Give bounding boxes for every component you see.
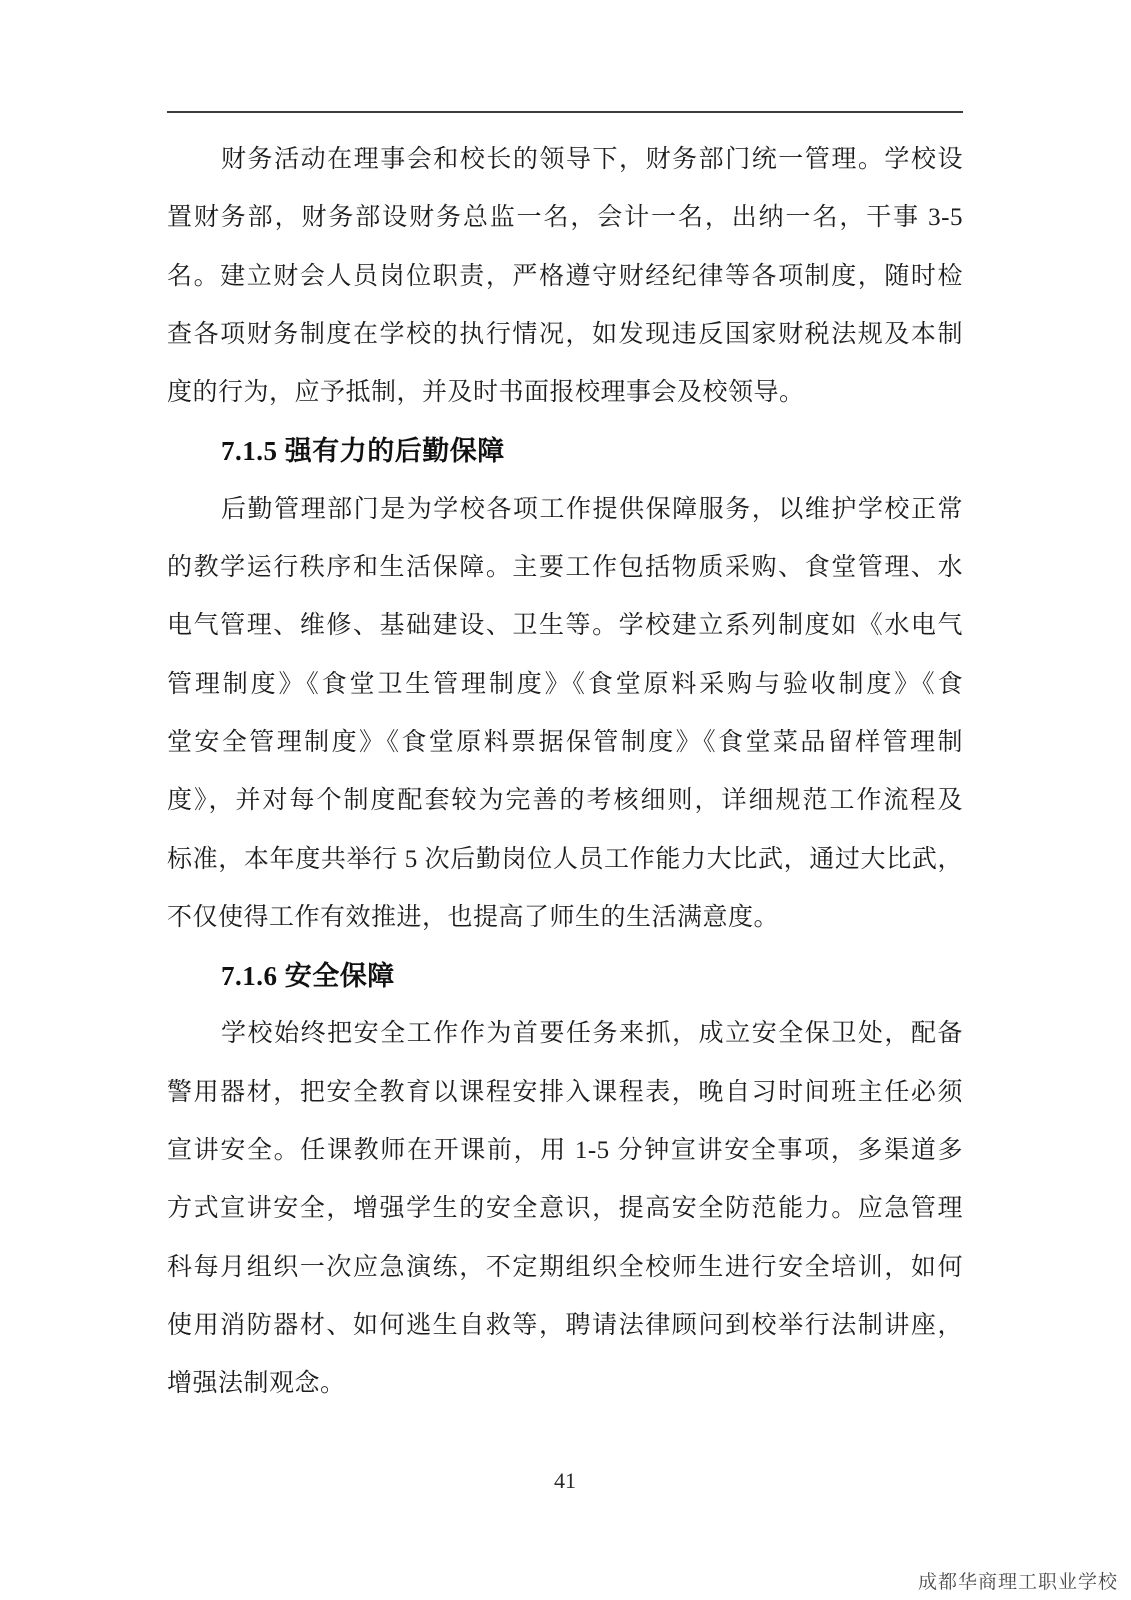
body-line: 管理制度》《食堂卫生管理制度》《食堂原料采购与验收制度》《食	[167, 656, 963, 714]
page-number: 41	[167, 1468, 963, 1494]
body-line: 查各项财务制度在学校的执行情况，如发现违反国家财税法规及本制	[167, 306, 963, 364]
body-line: 科每月组织一次应急演练，不定期组织全校师生进行安全培训，如何	[167, 1239, 963, 1297]
body-line: 置财务部，财务部设财务总监一名，会计一名，出纳一名，干事 3-5	[167, 189, 963, 247]
body-line: 的教学运行秩序和生活保障。主要工作包括物质采购、食堂管理、水	[167, 539, 963, 597]
body-line: 度的行为，应予抵制，并及时书面报校理事会及校领导。	[167, 364, 963, 422]
body-line: 警用器材，把安全教育以课程安排入课程表，晚自习时间班主任必须	[167, 1064, 963, 1122]
body-line: 度》，并对每个制度配套较为完善的考核细则，详细规范工作流程及	[167, 772, 963, 830]
document-page: 财务活动在理事会和校长的领导下，财务部门统一管理。学校设置财务部，财务部设财务总…	[0, 0, 1131, 1600]
body-line: 后勤管理部门是为学校各项工作提供保障服务，以维护学校正常	[167, 481, 963, 539]
body-line: 增强法制观念。	[167, 1355, 963, 1413]
header-rule	[167, 111, 963, 113]
body-line: 学校始终把安全工作作为首要任务来抓，成立安全保卫处，配备	[167, 1005, 963, 1063]
body-line: 电气管理、维修、基础建设、卫生等。学校建立系列制度如《水电气	[167, 597, 963, 655]
body-line: 名。建立财会人员岗位职责，严格遵守财经纪律等各项制度，随时检	[167, 248, 963, 306]
section-heading: 7.1.6 安全保障	[167, 947, 963, 1005]
body-line: 标准，本年度共举行 5 次后勤岗位人员工作能力大比武，通过大比武，	[167, 831, 963, 889]
footer-watermark: 成都华商理工职业学校	[918, 1567, 1118, 1594]
body-line: 使用消防器材、如何逃生自救等，聘请法律顾问到校举行法制讲座，	[167, 1297, 963, 1355]
body-line: 宣讲安全。任课教师在开课前，用 1-5 分钟宣讲安全事项，多渠道多	[167, 1122, 963, 1180]
body-line: 堂安全管理制度》《食堂原料票据保管制度》《食堂菜品留样管理制	[167, 714, 963, 772]
body-line: 不仅使得工作有效推进，也提高了师生的生活满意度。	[167, 889, 963, 947]
section-heading: 7.1.5 强有力的后勤保障	[167, 422, 963, 480]
body-line: 财务活动在理事会和校长的领导下，财务部门统一管理。学校设	[167, 131, 963, 189]
page-content: 财务活动在理事会和校长的领导下，财务部门统一管理。学校设置财务部，财务部设财务总…	[167, 131, 963, 1414]
body-line: 方式宣讲安全，增强学生的安全意识，提高安全防范能力。应急管理	[167, 1180, 963, 1238]
